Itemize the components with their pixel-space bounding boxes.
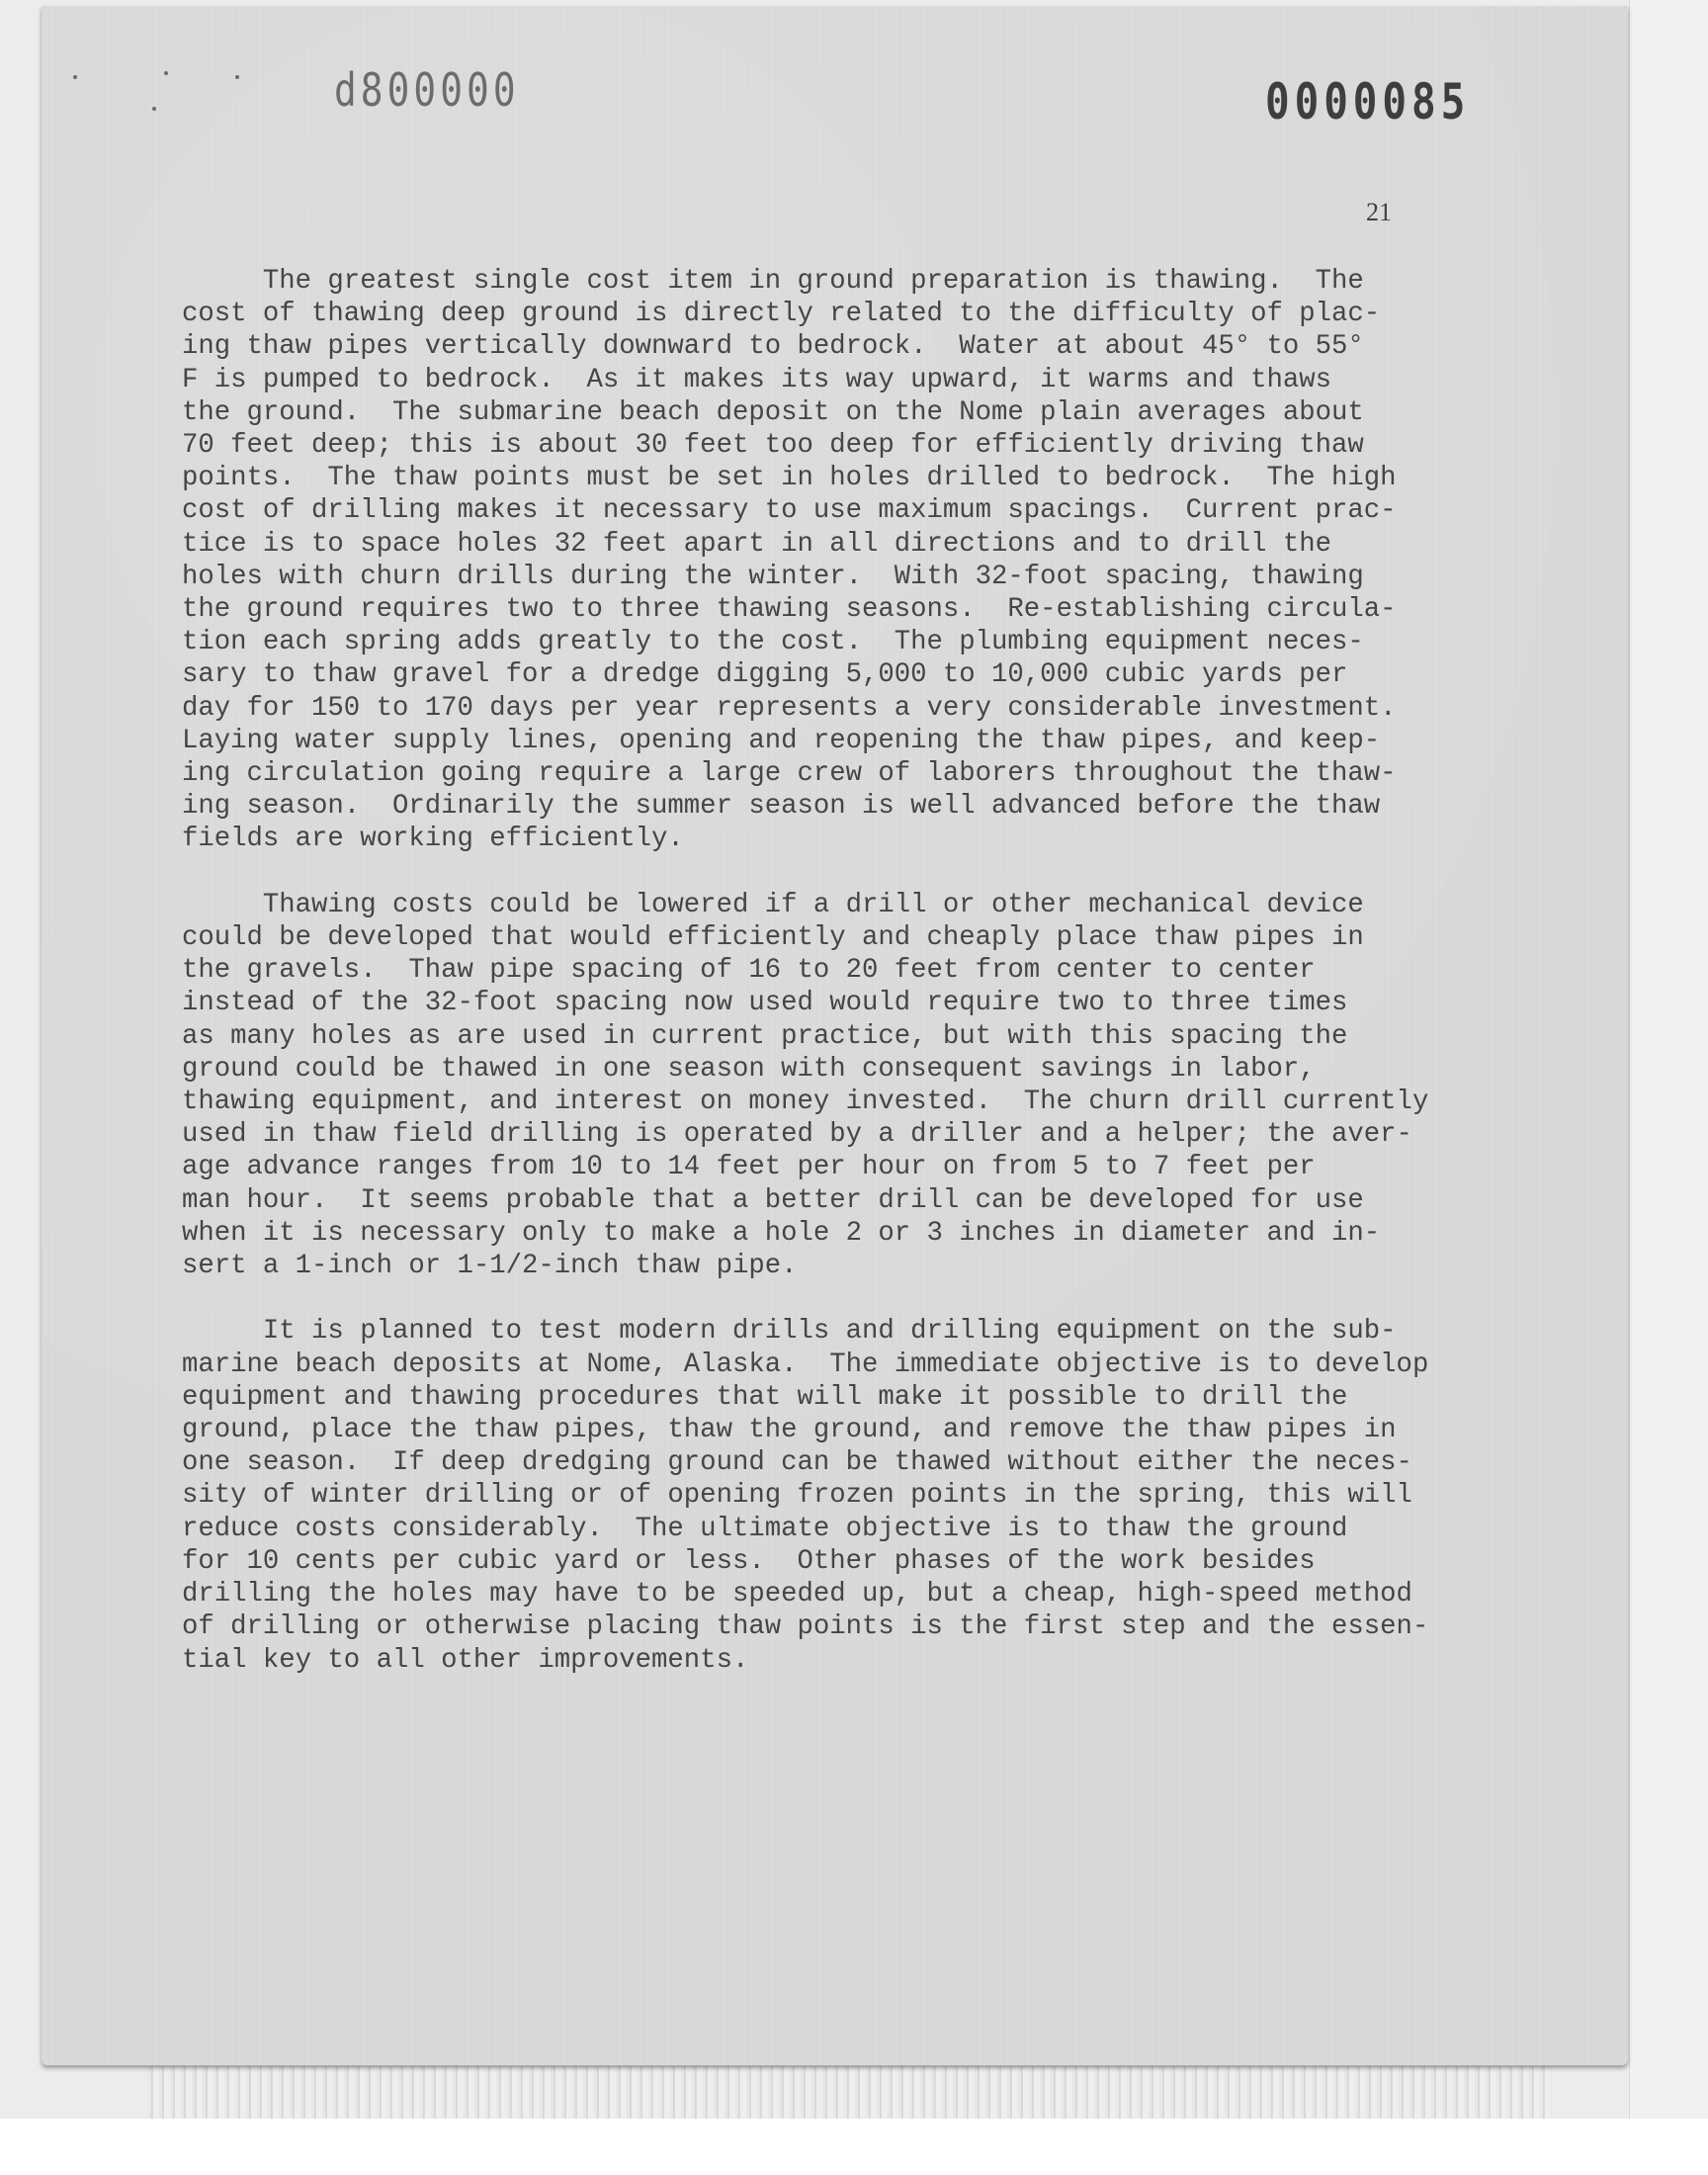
- text-line: tial key to all other improvements.: [182, 1644, 1467, 1677]
- document-body: The greatest single cost item in ground …: [182, 265, 1467, 1709]
- text-line: ing thaw pipes vertically downward to be…: [182, 330, 1467, 363]
- dust-speck: [73, 75, 77, 79]
- text-line: holes with churn drills during the winte…: [182, 561, 1467, 593]
- text-line: Laying water supply lines, opening and r…: [182, 725, 1467, 757]
- text-line: sity of winter drilling or of opening fr…: [182, 1479, 1467, 1512]
- text-line: as many holes as are used in current pra…: [182, 1020, 1467, 1053]
- text-line: It is planned to test modern drills and …: [182, 1315, 1467, 1348]
- text-line: the gravels. Thaw pipe spacing of 16 to …: [182, 954, 1467, 987]
- text-line: marine beach deposits at Nome, Alaska. T…: [182, 1348, 1467, 1381]
- text-line: Thawing costs could be lowered if a dril…: [182, 889, 1467, 921]
- text-line: tion each spring adds greatly to the cos…: [182, 626, 1467, 658]
- text-line: 70 feet deep; this is about 30 feet too …: [182, 429, 1467, 462]
- text-line: age advance ranges from 10 to 14 feet pe…: [182, 1151, 1467, 1183]
- page-number: 21: [1366, 198, 1392, 227]
- text-line: thawing equipment, and interest on money…: [182, 1086, 1467, 1118]
- text-line: instead of the 32-foot spacing now used …: [182, 987, 1467, 1019]
- text-line: cost of thawing deep ground is directly …: [182, 298, 1467, 330]
- text-line: ing circulation going require a large cr…: [182, 757, 1467, 790]
- paragraph-lower-costs: Thawing costs could be lowered if a dril…: [182, 889, 1467, 1282]
- text-line: the ground. The submarine beach deposit …: [182, 396, 1467, 429]
- dust-speck: [235, 75, 239, 79]
- text-line: one season. If deep dredging ground can …: [182, 1446, 1467, 1479]
- text-line: cost of drilling makes it necessary to u…: [182, 494, 1467, 527]
- text-line: man hour. It seems probable that a bette…: [182, 1184, 1467, 1217]
- text-line: F is pumped to bedrock. As it makes its …: [182, 364, 1467, 396]
- text-line: sert a 1-inch or 1-1/2-inch thaw pipe.: [182, 1250, 1467, 1282]
- text-line: fields are working efficiently.: [182, 823, 1467, 855]
- text-line: drilling the holes may have to be speede…: [182, 1578, 1467, 1610]
- text-line: the ground requires two to three thawing…: [182, 593, 1467, 626]
- text-line: equipment and thawing procedures that wi…: [182, 1381, 1467, 1414]
- paragraph-planned-tests: It is planned to test modern drills and …: [182, 1315, 1467, 1676]
- text-line: ground, place the thaw pipes, thaw the g…: [182, 1414, 1467, 1446]
- text-line: ground could be thawed in one season wit…: [182, 1053, 1467, 1086]
- dust-speck: [164, 71, 168, 75]
- scanner-edge-strip: [1629, 0, 1708, 2119]
- dust-speck: [152, 107, 156, 111]
- text-line: could be developed that would efficientl…: [182, 921, 1467, 954]
- document-stamp-left: d800000: [334, 63, 520, 117]
- text-line: ing season. Ordinarily the summer season…: [182, 790, 1467, 823]
- paragraph-thawing-cost: The greatest single cost item in ground …: [182, 265, 1467, 856]
- text-line: when it is necessary only to make a hole…: [182, 1217, 1467, 1250]
- text-line: used in thaw field drilling is operated …: [182, 1118, 1467, 1151]
- document-stamp-right: 0000085: [1265, 73, 1470, 130]
- text-line: of drilling or otherwise placing thaw po…: [182, 1610, 1467, 1643]
- text-line: The greatest single cost item in ground …: [182, 265, 1467, 298]
- text-line: day for 150 to 170 days per year represe…: [182, 692, 1467, 725]
- text-line: points. The thaw points must be set in h…: [182, 462, 1467, 494]
- text-line: tice is to space holes 32 feet apart in …: [182, 528, 1467, 561]
- text-line: for 10 cents per cubic yard or less. Oth…: [182, 1545, 1467, 1578]
- scanner-streaks: [148, 2066, 1552, 2119]
- text-line: reduce costs considerably. The ultimate …: [182, 1513, 1467, 1545]
- text-line: sary to thaw gravel for a dredge digging…: [182, 658, 1467, 691]
